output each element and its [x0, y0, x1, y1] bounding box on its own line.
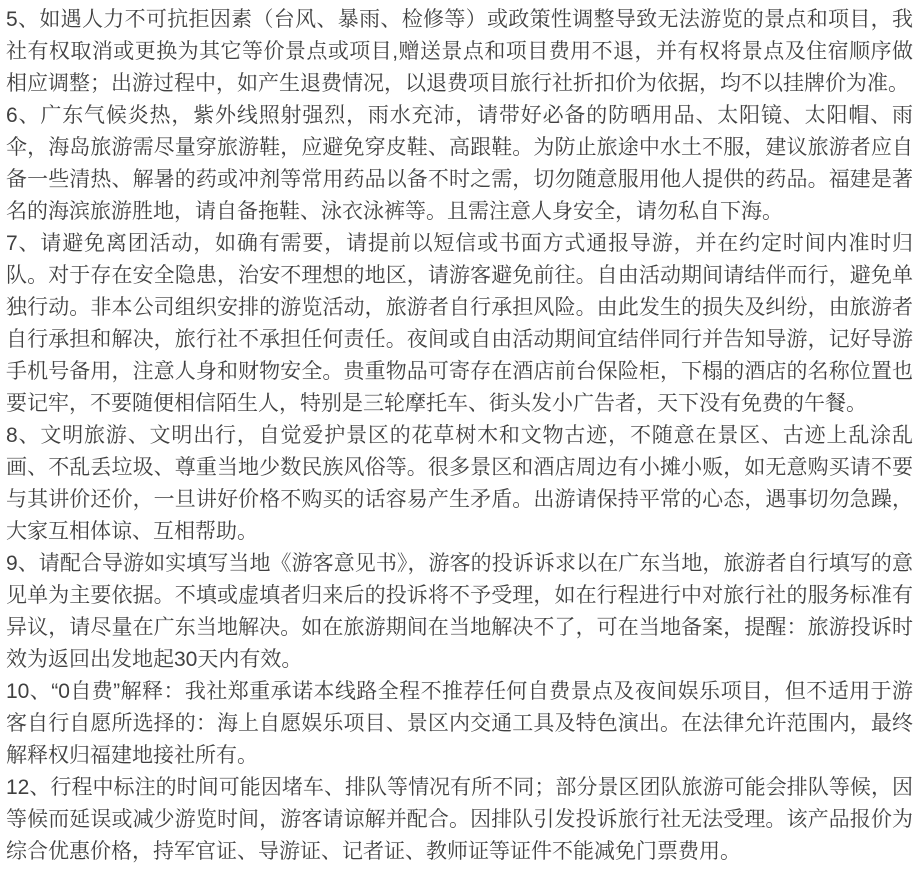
notice-paragraph-6: 6、广东气候炎热，紫外线照射强烈，雨水充沛，请带好必备的防晒用品、太阳镜、太阳帽… [6, 100, 913, 228]
notice-paragraph-7: 7、请避免离团活动，如确有需要，请提前以短信或书面方式通报导游，并在约定时间内准… [6, 228, 913, 420]
notice-paragraph-5: 5、如遇人力不可抗拒因素（台风、暴雨、检修等）或政策性调整导致无法游览的景点和项… [6, 4, 913, 100]
notice-paragraph-8: 8、文明旅游、文明出行，自觉爱护景区的花草树木和文物古迹，不随意在景区、古迹上乱… [6, 420, 913, 548]
notice-paragraph-9: 9、请配合导游如实填写当地《游客意见书》，游客的投诉诉求以在广东当地，旅游者自行… [6, 548, 913, 676]
notice-paragraph-12: 12、行程中标注的时间可能因堵车、排队等情况有所不同；部分景区团队旅游可能会排队… [6, 772, 913, 868]
travel-notice-text-block: 5、如遇人力不可抗拒因素（台风、暴雨、检修等）或政策性调整导致无法游览的景点和项… [0, 0, 920, 868]
notice-paragraph-10: 10、“0自费”解释：我社郑重承诺本线路全程不推荐任何自费景点及夜间娱乐项目，但… [6, 676, 913, 772]
